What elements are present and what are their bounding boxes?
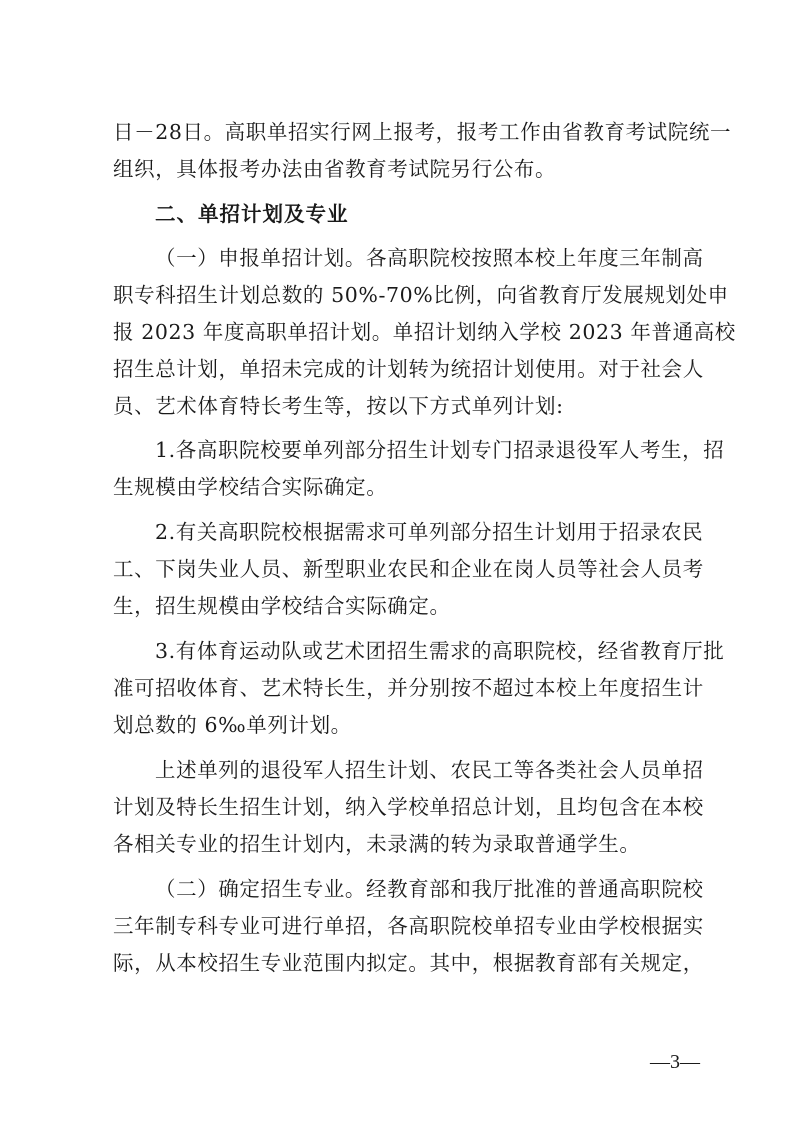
- paragraph-line: 各相关专业的招生计划内，未录满的转为录取普通学生。: [113, 826, 703, 862]
- paragraph-line: 员、艺术体育特长考生等，按以下方式单列计划:: [113, 388, 703, 424]
- list-item-line: 2.有关高职院校根据需求可单列部分招生计划用于招录农民: [155, 514, 703, 550]
- paragraph-line: 报 2023 年度高职单招计划。单招计划纳入学校 2023 年普通高校: [113, 314, 703, 350]
- paragraph-line: 三年制专科专业可进行单招，各高职院校单招专业由学校根据实: [113, 908, 703, 944]
- list-item-line: 3.有体育运动队或艺术团招生需求的高职院校，经省教育厅批: [155, 633, 703, 669]
- paragraph-line: 日－28日。高职单招实行网上报考，报考工作由省教育考试院统一: [113, 114, 703, 150]
- paragraph-line: 招生总计划，单招未完成的计划转为统招计划使用。对于社会人: [113, 351, 703, 387]
- document-page: 日－28日。高职单招实行网上报考，报考工作由省教育考试院统一 组织，具体报考办法…: [0, 0, 800, 1132]
- paragraph-line: 职专科招生计划总数的 50%-70%比例，向省教育厅发展规划处申: [113, 277, 703, 313]
- paragraph-line: （一）申报单招计划。各高职院校按照本校上年度三年制高: [155, 240, 703, 276]
- paragraph-line: 组织，具体报考办法由省教育考试院另行公布。: [113, 151, 703, 187]
- list-item-line: 生规模由学校结合实际确定。: [113, 469, 703, 505]
- paragraph-line: 际，从本校招生专业范围内拟定。其中，根据教育部有关规定，: [113, 945, 703, 981]
- list-item-line: 工、下岗失业人员、新型职业农民和企业在岗人员等社会人员考: [113, 551, 703, 587]
- paragraph-line: 上述单列的退役军人招生计划、农民工等各类社会人员单招: [155, 752, 703, 788]
- list-item-line: 生，招生规模由学校结合实际确定。: [113, 588, 703, 624]
- paragraph-line: （二）确定招生专业。经教育部和我厅批准的普通高职院校: [155, 871, 703, 907]
- paragraph-line: 计划及特长生招生计划，纳入学校单招总计划，且均包含在本校: [113, 789, 703, 825]
- page-number: —3—: [650, 1050, 700, 1074]
- list-item-line: 准可招收体育、艺术特长生，并分别按不超过本校上年度招生计: [113, 670, 703, 706]
- list-item-line: 1.各高职院校要单列部分招生计划专门招录退役军人考生，招: [155, 432, 703, 468]
- section-heading: 二、单招计划及专业: [155, 196, 703, 232]
- list-item-line: 划总数的 6‰单列计划。: [113, 707, 703, 743]
